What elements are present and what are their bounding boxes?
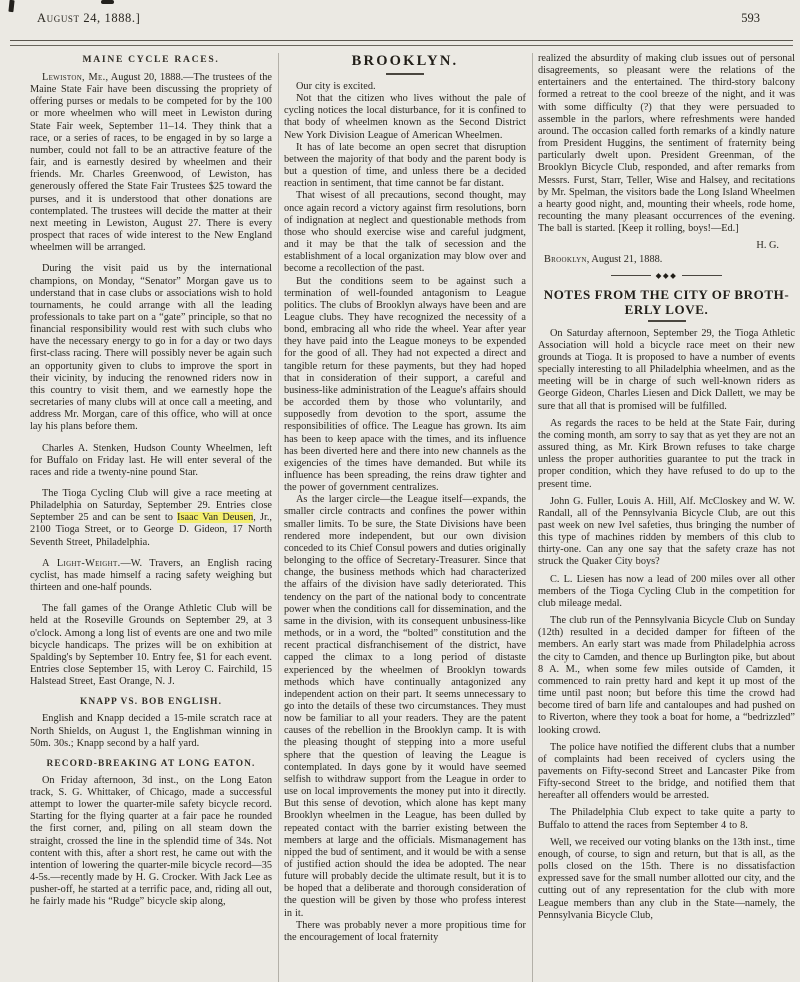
search-highlight-isaac-van-deusen: Isaac Van Deusen [177, 512, 253, 523]
dateline-lead: Lewiston, Me. [42, 72, 105, 83]
scan-artifact [8, 0, 14, 12]
item-lead: A Light-Weight. [42, 558, 120, 569]
column-middle: BROOKLYN. Our city is excited. Not that … [284, 53, 526, 982]
page-number: 593 [741, 11, 760, 26]
paragraph-brooklyn-4: That wisest of all precautions, second t… [284, 190, 526, 275]
article-title-brotherly-love: NOTES FROM THE CITY OF BROTH-ERLY LOVE. [538, 287, 795, 317]
paragraph-police-notice: The police have notified the different c… [538, 742, 795, 803]
paragraph-lewiston: Lewiston, Me., August 20, 1888.—The trus… [30, 72, 272, 254]
paragraph-stenken: Charles A. Stenken, Hudson County Wheelm… [30, 443, 272, 479]
paragraph-brooklyn-continuation: realized the absurdity of making club is… [538, 53, 795, 235]
paragraph-state-fair: As regards the races to be held at the S… [538, 418, 795, 491]
dateline-lead: Brooklyn [544, 254, 587, 265]
paragraph-brooklyn-1: Our city is excited. [284, 81, 526, 93]
paragraph-club-run: The club run of the Pennsylvania Bicycle… [538, 615, 795, 737]
column-right: realized the absurdity of making club is… [538, 53, 795, 982]
correspondent-signature: H. G. [538, 240, 795, 252]
paragraph-liesen-mileage: C. L. Liesen has now a lead of 200 miles… [538, 574, 795, 610]
ornament-line [611, 275, 651, 276]
title-rule [386, 73, 424, 75]
subheading-knapp-vs-english: KNAPP VS. BOB ENGLISH. [30, 697, 272, 707]
paragraph-morgan: During the visit paid us by the internat… [30, 263, 272, 433]
paragraph-brooklyn-3: It has of late become an open secret tha… [284, 142, 526, 191]
article-title-brooklyn: BROOKLYN. [284, 53, 526, 70]
paragraph-brooklyn-7: There was probably never a more propitio… [284, 920, 526, 944]
paragraph-tioga-entries: The Tioga Cycling Club will give a race … [30, 488, 272, 549]
paragraph-voting-blanks: Well, we received our voting blanks on t… [538, 837, 795, 922]
paragraph-whittaker-record: On Friday afternoon, 3d inst., on the Lo… [30, 775, 272, 909]
title-line-1: NOTES FROM THE CITY OF BROTH- [544, 287, 790, 302]
newspaper-page: { "page": { "masthead_date": "August 24,… [0, 0, 800, 982]
dateline-text: , August 21, 1888. [587, 254, 663, 265]
article-dateline: Brooklyn, August 21, 1888. [538, 254, 795, 266]
paragraph-lightweight: A Light-Weight.—W. Travers, an English r… [30, 558, 272, 594]
column-rule [278, 53, 279, 982]
column-left: MAINE CYCLE RACES. Lewiston, Me., August… [30, 53, 272, 982]
paragraph-buffalo-trip: The Philadelphia Club expect to take qui… [538, 807, 795, 831]
title-line-2: ERLY LOVE. [625, 302, 709, 317]
paragraph-knapp-race: English and Knapp decided a 15-mile scra… [30, 713, 272, 749]
paragraph-brooklyn-2: Not that the citizen who lives without t… [284, 93, 526, 142]
masthead-date: August 24, 1888.] [37, 11, 140, 26]
paragraph-tioga-meet: On Saturday afternoon, September 29, the… [538, 328, 795, 413]
paragraph-text: , August 20, 1888.—The trustees of the M… [30, 72, 272, 253]
header-rule [10, 40, 793, 46]
page-header: August 24, 1888.] 593 [37, 11, 760, 26]
paragraph-orange-athletic: The fall games of the Orange Athletic Cl… [30, 603, 272, 688]
paragraph-brooklyn-5: But the conditions seem to be against su… [284, 276, 526, 495]
paragraph-brooklyn-6: As the larger circle—the League itself—e… [284, 494, 526, 919]
subheading-record-breaking: RECORD-BREAKING AT LONG EATON. [30, 759, 272, 769]
column-layout: MAINE CYCLE RACES. Lewiston, Me., August… [30, 53, 795, 982]
scan-artifact [101, 0, 114, 4]
article-title-maine-cycle-races: MAINE CYCLE RACES. [30, 54, 272, 65]
section-ornament: ◆◆◆ [538, 271, 795, 280]
column-rule [532, 53, 533, 982]
title-rule [648, 320, 686, 322]
paragraph-ivel-safeties: John G. Fuller, Louis A. Hill, Alf. McCl… [538, 496, 795, 569]
ornament-diamonds: ◆◆◆ [656, 271, 678, 280]
ornament-line [682, 275, 722, 276]
